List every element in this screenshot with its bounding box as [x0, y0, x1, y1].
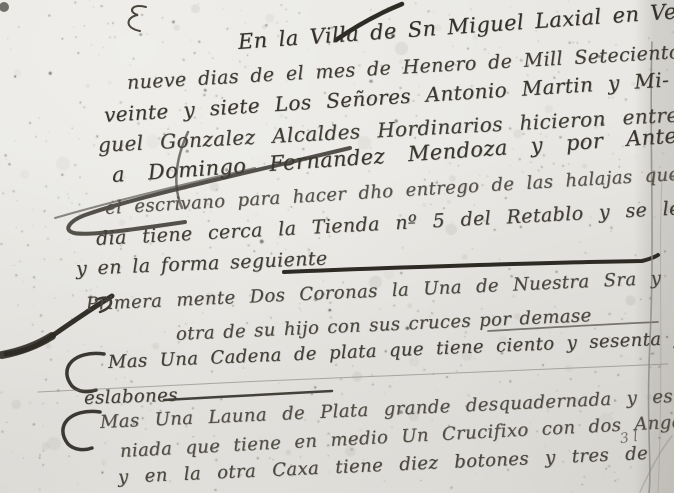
c-paragraph-mark	[67, 353, 104, 391]
c-paragraph-mark	[63, 411, 100, 449]
manuscript-line: eslabones	[84, 385, 179, 409]
e-flourish-icon	[129, 6, 147, 31]
marginal-note: 3 l	[619, 429, 639, 447]
manuscript-page: En la Villa de Sn Miguel Laxial en Veint…	[0, 0, 674, 493]
filler-dash-line	[164, 391, 332, 400]
manuscript-line: y en la forma seguiente	[76, 247, 328, 280]
filler-dash-line	[284, 255, 658, 272]
paragraph-flourish	[2, 336, 52, 355]
ink-blot	[0, 2, 9, 12]
